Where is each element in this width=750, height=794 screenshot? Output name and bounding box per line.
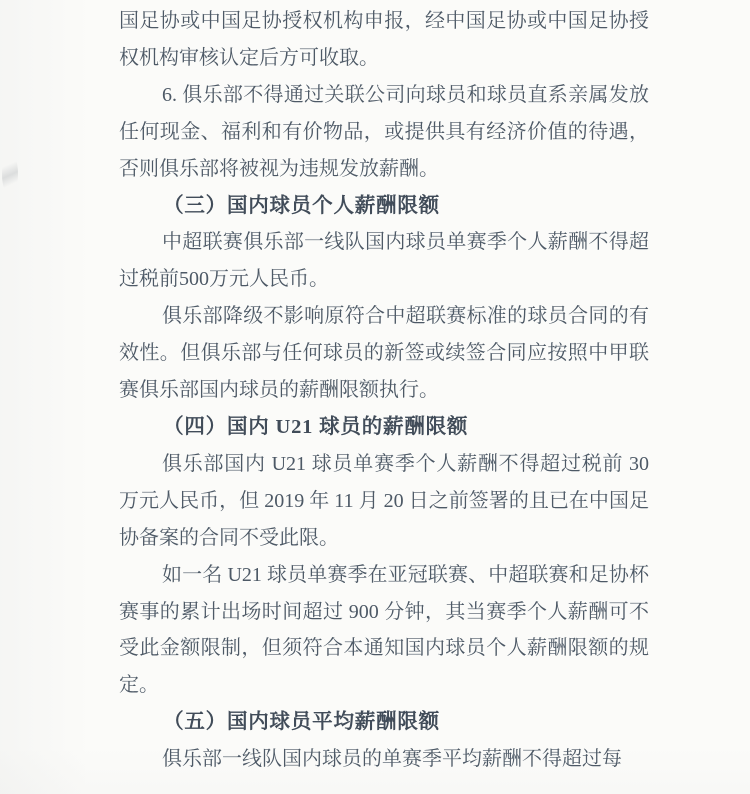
paragraph-fee-approval-continuation: 国足协或中国足协授权机构申报，经中国足协或中国足协授权机构审核认定后方可收取。 xyxy=(119,3,649,77)
heading-section-4-u21-cap: （四）国内 U21 球员的薪酬限额 xyxy=(119,409,649,446)
paragraph-u21-cap-30w: 俱乐部国内 U21 球员单赛季个人薪酬不得超过税前 30 万元人民币，但 201… xyxy=(119,446,649,557)
paragraph-rule-6-affiliated-companies: 6. 俱乐部不得通过关联公司向球员和球员直系亲属发放任何现金、福利和有价物品，或… xyxy=(119,77,649,188)
paragraph-u21-900-minutes-exception: 如一名 U21 球员单赛季在亚冠联赛、中超联赛和足协杯赛事的累计出场时间超过 9… xyxy=(119,557,649,705)
scan-smudge xyxy=(2,152,18,196)
document-page: 国足协或中国足协授权机构申报，经中国足协或中国足协授权机构审核认定后方可收取。 … xyxy=(0,0,750,794)
paragraph-average-cap-intro: 俱乐部一线队国内球员的单赛季平均薪酬不得超过每 xyxy=(119,741,649,778)
heading-section-5-average-salary-cap: （五）国内球员平均薪酬限额 xyxy=(119,704,649,741)
paragraph-relegation-contract-validity: 俱乐部降级不影响原符合中超联赛标准的球员合同的有效性。但俱乐部与任何球员的新签或… xyxy=(119,298,649,409)
document-text: 国足协或中国足协授权机构申报，经中国足协或中国足协授权机构审核认定后方可收取。 … xyxy=(119,3,649,778)
paragraph-csl-domestic-cap-500w: 中超联赛俱乐部一线队国内球员单赛季个人薪酬不得超过税前500万元人民币。 xyxy=(119,224,649,298)
heading-section-3-domestic-individual-cap: （三）国内球员个人薪酬限额 xyxy=(119,188,649,225)
